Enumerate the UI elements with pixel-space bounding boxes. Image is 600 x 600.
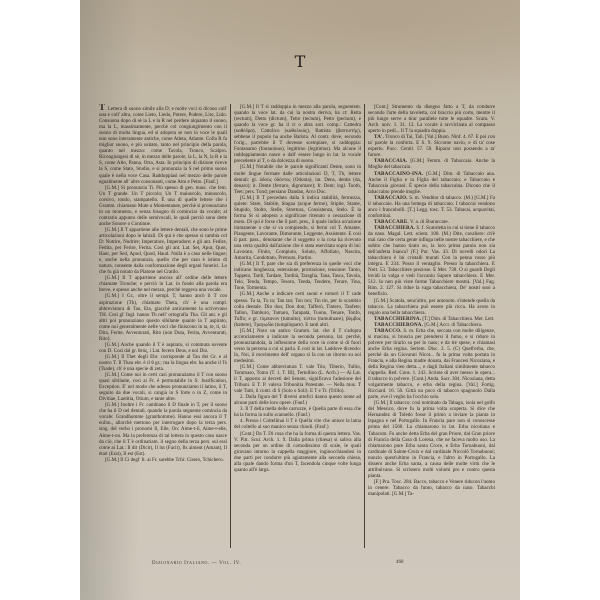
entry-text: [G.M.] Il T appartiene alle lettere dent… (99, 227, 227, 275)
entry-paragraph: [G.M.] Noto un antico Gramm. lat. che il… (234, 328, 361, 364)
entry-paragraph: [G.M.] Il T si raddoppia in mezzo alla p… (234, 104, 361, 164)
entry-paragraph: [Cont.] Da T. Di cosa che ha la forma di… (234, 431, 361, 473)
entry-paragraph: [G.M.] Il T appartiene ancora all' ordin… (99, 275, 227, 293)
page-number: 468 (396, 560, 404, 565)
dictionary-entry: TA'. Tronco di Tai, Tali. [Val.] Buon. N… (368, 134, 495, 158)
entry-paragraph: [G.M.] Il Ci degl' It. ai Fr. sarebbe Tc… (99, 457, 227, 463)
entry-paragraph: T. Lettera di suono simile alla D; e mol… (99, 104, 227, 185)
entry-paragraph: [G.M.] Inoltre i Fr. cambiano il D final… (99, 402, 227, 456)
entry-paragraph: [G.M.] Il T preceduto dalla S indica sta… (234, 195, 361, 262)
entry-text: [G.M.] Inoltre i Fr. cambiano il D final… (99, 402, 227, 456)
entry-paragraph: [G.M.] Scatola, senz'altro, per antonom.… (368, 298, 495, 316)
dictionary-entry: TABACCHIERA. S. f. Scatoletta in cui si … (368, 225, 495, 298)
entry-text: [G.M.] Il T appartiene ancora all' ordin… (99, 275, 227, 293)
entry-paragraph: 4. Presso i Coltellinai il T è Quella vi… (234, 418, 361, 430)
entry-text: [G.M.] Anche a indicare certi suoni e ru… (234, 291, 361, 327)
entry-text: [G.M.] Il Ci degl' It. ai Fr. sarebbe Tc… (105, 457, 224, 463)
entry-paragraph: [G.M.] Come abbreviatura T. vale Tito, T… (234, 364, 361, 394)
entry-text: [G.M.] Si pronunzia Ti. Più spesso di ge… (99, 185, 227, 227)
entry-text: [G.M.] Il tabacco; così nominato da Taba… (368, 400, 495, 479)
entry-text: [G.M.] Il T, pare che sia di preferenza … (234, 261, 361, 291)
entry-paragraph: [F.] Pra. Tosc. 284. Bacco, tabacco e Ve… (368, 479, 495, 497)
entry-paragraph: [G.M.] Il T, pare che sia di preferenza … (234, 261, 361, 291)
dictionary-page: T T. Lettera di suono simile alla D; e m… (80, 0, 520, 600)
entry-text: [G.M.] Il T preceduto dalla S indica sta… (234, 195, 361, 261)
entry-paragraph: [G.M.] Anche quando il T è aspirato, si … (99, 342, 227, 354)
running-footer-title: Dizionario Italiano. — Vol. IV. (152, 560, 241, 566)
entry-text: [G.M.] I Gr., oltre il sempl. T, hanno a… (99, 293, 227, 341)
entry-paragraph: 3. Il T della mella delle carrozze, è Qu… (234, 406, 361, 418)
entry-text: S. f. Scatoletta in cui si tiene il taba… (368, 225, 495, 298)
entry-text: [Cont.] Da T. Di cosa che ha la forma di… (234, 431, 361, 473)
entry-paragraph: 2. Dalla figura del T diversi artefici d… (234, 394, 361, 406)
dictionary-entry: TABACCAIO. S. m. Venditor di tabacco. (M… (368, 195, 495, 219)
entry-paragraph: [Cont.] Strumento da disegno fatto a T, … (368, 104, 495, 134)
dictionary-entry: TABACCAIA. [G.M.] Femm. di Tabaccaio. An… (368, 158, 495, 170)
entry-paragraph: [G.M.] Come noi in certi casi pronunziam… (99, 372, 227, 402)
entry-text: [G.M.] Il Thet degli Ebr. corrisponde al… (99, 354, 227, 372)
entry-text: [G.M.] Il T si raddoppia in mezzo alla p… (234, 104, 361, 164)
entry-text: [F.] Pra. Tosc. 284. Bacco, tabacco e Ve… (368, 479, 495, 497)
entry-paragraph: [G.M.] Il tabacco; così nominato da Taba… (368, 400, 495, 479)
entry-paragraph: [G.M.] Si pronunzia Ti. Più spesso di ge… (99, 185, 227, 227)
dictionary-entry: TABACCAINO-INA. [G.M.] Dim. di Tabaccaio… (368, 171, 495, 195)
entry-text: [G.M.] Scatola, senz'altro, per antonom.… (368, 298, 495, 316)
entry-text: S. m. Erba che, seccata con molte dilige… (368, 328, 495, 401)
column-2: [G.M.] Il T si raddoppia in mezzo alla p… (230, 104, 364, 548)
entry-text: [G.M.] Notabile che le parole significan… (234, 164, 361, 194)
entry-paragraph: [G.M.] I Gr., oltre il sempl. T, hanno a… (99, 293, 227, 341)
dictionary-entry: TABACCO. S. m. Erba che, seccata con mol… (368, 328, 495, 401)
entry-paragraph: [G.M.] Il T appartiene alle lettere dent… (99, 227, 227, 275)
entry-paragraph: [G.M.] Anche a indicare certi suoni e ru… (234, 291, 361, 327)
column-3: [Cont.] Strumento da disegno fatto a T, … (364, 104, 498, 548)
entry-text: [G.M.] Noto un antico Gramm. lat. che il… (234, 328, 361, 364)
entry-text: . Lettera di suono simile alla D; e molt… (99, 106, 227, 185)
entry-text: 3. Il T della mella delle carrozze, è Qu… (234, 406, 361, 418)
entry-text: 4. Presso i Coltellinai il T è Quella vi… (234, 418, 361, 430)
entry-paragraph: [G.M.] Notabile che le parole significan… (234, 164, 361, 194)
entry-text: [G.M.] Come noi in certi casi pronunziam… (99, 372, 227, 402)
entry-text: Tronco di Tai, Tali. [Val.] Buon. Ninf. … (368, 134, 495, 158)
entry-paragraph: [G.M.] Il Thet degli Ebr. corrisponde al… (99, 354, 227, 372)
entry-text: [Cont.] Strumento da disegno fatto a T, … (368, 104, 495, 134)
section-letter-heading: T (80, 52, 520, 71)
entry-text: 2. Dalla figura del T diversi artefici d… (234, 394, 361, 406)
text-columns: T. Lettera di suono simile alla D; e mol… (96, 104, 504, 548)
entry-text: [G.M.] Come abbreviatura T. vale Tito, T… (234, 364, 361, 394)
column-1: T. Lettera di suono simile alla D; e mol… (96, 104, 230, 548)
entry-text: [G.M.] Anche quando il T è aspirato, si … (99, 342, 227, 354)
